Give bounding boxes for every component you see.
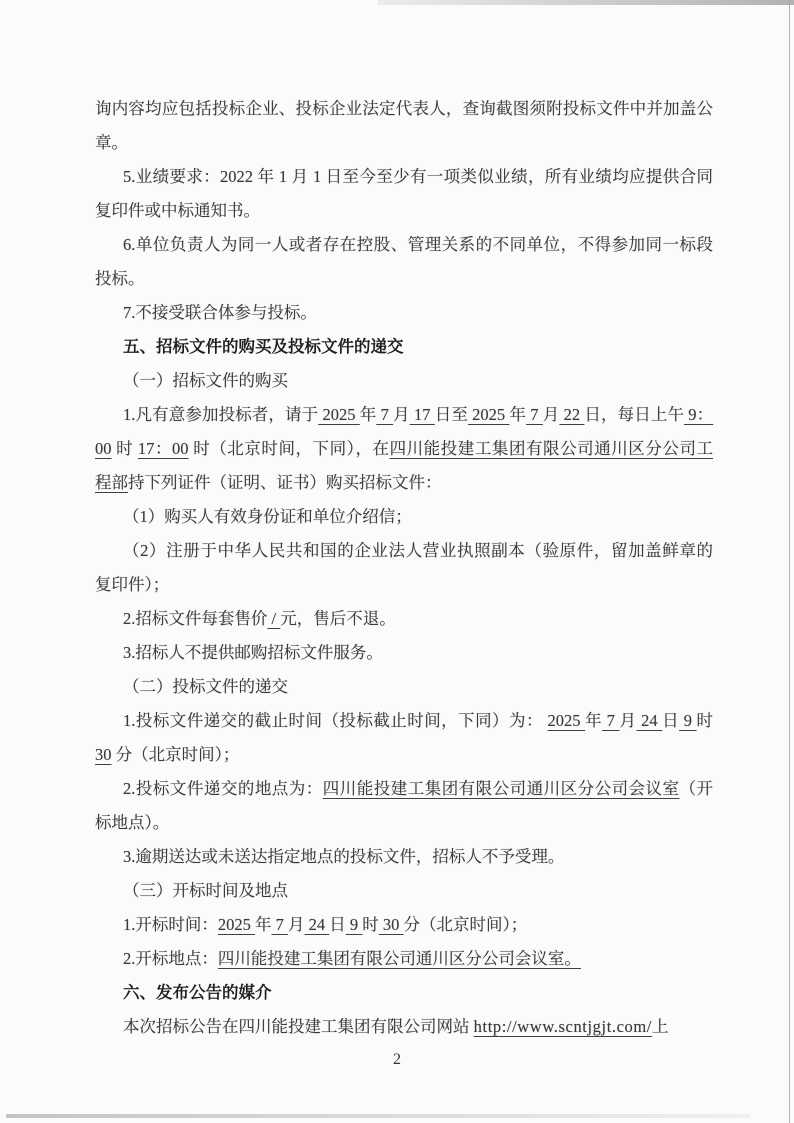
text-line: 2.开标地点：四川能投建工集团有限公司通川区分公司会议室。 [95,942,713,976]
para-no-mail-order: 3.招标人不提供邮购招标文件服务。 [95,636,713,670]
text-line: （三）开标时间及地点 [95,874,713,908]
para-purchase-item-1: （1）购买人有效身份证和单位介绍信； [95,500,713,534]
para-purchase-time-place: 1.凡有意参加投标者，请于 2025 年 7 月 17 日至 2025 年 7 … [95,398,713,500]
underlined-text: 7 [272,915,289,934]
underlined-text: 9： [684,405,713,424]
para-submission-deadline: 1.投标文件递交的截止时间（投标截止时间，下同）为： 2025 年 7 月 24… [95,704,713,772]
underlined-text: 程部 [95,473,128,492]
text-line: （二）投标文件的递交 [95,670,713,704]
text-segment: 询内容均应包括投标企业、投标企业法定代表人，查询截图须附投标文件中并加盖公 [95,99,713,118]
text-segment: 1.凡有意参加投标者，请于 [123,405,318,424]
underlined-text: 00 [95,439,112,458]
para-6-same-legal-person: 6.单位负责人为同一人或者存在控股、管理关系的不同单位，不得参加同一标段投标。 [95,228,713,296]
document-body: 询内容均应包括投标企业、投标企业法定代表人，查询截图须附投标文件中并加盖公章。5… [95,92,713,1044]
para-opening-time: 1.开标时间：2025 年 7 月 24 日 9 时 30 分（北京时间）； [95,908,713,942]
subheading-5-2-submission: （二）投标文件的递交 [95,670,713,704]
text-line: 询内容均应包括投标企业、投标企业法定代表人，查询截图须附投标文件中并加盖公 [95,92,713,126]
text-segment: 月 [393,405,410,424]
text-segment: 7.不接受联合体参与投标。 [123,303,317,322]
text-line: 程部持下列证件（证明、证书）购买招标文件： [95,466,713,500]
text-line: 1.开标时间：2025 年 7 月 24 日 9 时 30 分（北京时间）； [95,908,713,942]
text-segment: 复印件）； [95,575,169,594]
text-segment: 年 [509,405,526,424]
text-line: （一）招标文件的购买 [95,364,713,398]
text-line: 标地点）。 [95,806,713,840]
text-segment: （三）开标时间及地点 [123,881,288,900]
text-segment: （开 [680,779,714,798]
page-number: 2 [0,1048,794,1072]
text-line: 00 时 17：00 时（北京时间，下同），在四川能投建工集团有限公司通川区分公… [95,432,713,466]
text-segment: 持下列证件（证明、证书）购买招标文件： [128,473,442,492]
text-line: 2.投标文件递交的地点为：四川能投建工集团有限公司通川区分公司会议室（开 [95,772,713,806]
underlined-text: / [267,609,280,628]
text-segment: （1）购买人有效身份证和单位介绍信； [123,507,412,526]
underlined-text: 四川能投建工集团有限公司通川区分公司工 [390,439,713,458]
para-7-no-consortium: 7.不接受联合体参与投标。 [95,296,713,330]
heading-section-5: 五、招标文件的购买及投标文件的递交 [95,330,713,364]
underlined-text: 四川能投建工集团有限公司通川区分公司会议室 [323,779,680,798]
text-segment: 标地点）。 [95,813,169,832]
text-line: （2）注册于中华人民共和国的企业法人营业执照副本（验原件，留加盖鲜章的 [95,534,713,568]
underlined-text: 17：00 [138,439,189,458]
subheading-5-3-bid-opening: （三）开标时间及地点 [95,874,713,908]
underlined-text: 2025 [318,405,359,424]
para-submission-place: 2.投标文件递交的地点为：四川能投建工集团有限公司通川区分公司会议室（开标地点）… [95,772,713,840]
underlined-text: 7 [526,405,543,424]
heading-section-6: 六、发布公告的媒介 [95,976,713,1010]
underlined-text: 17 [410,405,435,424]
text-line: 30 分（北京时间）； [95,738,713,772]
text-segment: 1.开标时间： [123,915,218,934]
text-segment: 章。 [95,133,128,152]
url-text: http://www.scntjgjt.com/ [474,1017,652,1036]
underlined-text: 2025 [468,405,509,424]
text-segment: 6.单位负责人为同一人或者存在控股、管理关系的不同单位，不得参加同一标段 [123,235,713,254]
text-segment: 月 [288,915,305,934]
text-line: 3.招标人不提供邮购招标文件服务。 [95,636,713,670]
underlined-text: 30 [379,915,404,934]
text-segment: 日 [662,711,679,730]
underlined-text: 24 [305,915,330,934]
text-line: 5.业绩要求：2022 年 1 月 1 日至今至少有一项类似业绩，所有业绩均应提… [95,160,713,194]
underlined-text: 7 [376,405,393,424]
text-line: 2.招标文件每套售价 / 元，售后不退。 [95,602,713,636]
text-segment: 2.招标文件每套售价 [123,609,267,628]
text-segment: 分（北京时间）； [404,915,528,934]
underlined-text: 30 [95,745,112,764]
text-segment: （二）投标文件的递交 [123,677,288,696]
para-purchase-item-2: （2）注册于中华人民共和国的企业法人营业执照副本（验原件，留加盖鲜章的复印件）； [95,534,713,602]
text-segment: 5.业绩要求：2022 年 1 月 1 日至今至少有一项类似业绩，所有业绩均应提… [123,167,713,186]
text-line: 章。 [95,126,713,160]
text-line: （1）购买人有效身份证和单位介绍信； [95,500,713,534]
text-segment: 元，售后不退。 [280,609,396,628]
text-segment: 年 [255,915,272,934]
text-segment: 月 [543,405,560,424]
text-segment: 日至 [435,405,468,424]
underlined-text: 四川能投建工集团有限公司通川区分公司会议室。 [218,949,581,968]
scan-smudge-bottom [6,1114,750,1118]
text-segment: 日 [329,915,346,934]
text-segment: 六、发布公告的媒介 [123,984,272,1002]
text-segment: 3.招标人不提供邮购招标文件服务。 [123,643,383,662]
underlined-text: 22 [559,405,584,424]
text-line: 复印件）； [95,568,713,602]
text-line: 六、发布公告的媒介 [95,976,713,1010]
text-segment: 五、招标文件的购买及投标文件的递交 [123,338,404,356]
text-segment: 年 [585,711,602,730]
text-segment: 时 [697,711,714,730]
scan-smudge-top [378,0,794,5]
text-line: 五、招标文件的购买及投标文件的递交 [95,330,713,364]
text-segment: 2.投标文件递交的地点为： [123,779,323,798]
text-line: 1.凡有意参加投标者，请于 2025 年 7 月 17 日至 2025 年 7 … [95,398,713,432]
para-opening-place: 2.开标地点：四川能投建工集团有限公司通川区分公司会议室。 [95,942,713,976]
para-late-delivery-rejected: 3.逾期送达或未送达指定地点的投标文件，招标人不予受理。 [95,840,713,874]
text-line: 本次招标公告在四川能投建工集团有限公司网站 http://www.scntjgj… [95,1010,713,1044]
text-line: 3.逾期送达或未送达指定地点的投标文件，招标人不予受理。 [95,840,713,874]
text-segment: 分（北京时间）； [112,745,240,764]
text-segment: （2）注册于中华人民共和国的企业法人营业执照副本（验原件，留加盖鲜章的 [123,541,713,560]
underlined-text: 2025 [218,915,255,934]
text-segment: 1.投标文件递交的截止时间（投标截止时间，下同）为： [123,711,547,730]
text-segment: （一）招标文件的购买 [123,371,288,390]
text-segment: 时 [112,439,138,458]
text-segment: 3.逾期送达或未送达指定地点的投标文件，招标人不予受理。 [123,847,564,866]
para-announcement-media: 本次招标公告在四川能投建工集团有限公司网站 http://www.scntjgj… [95,1010,713,1044]
text-line: 7.不接受联合体参与投标。 [95,296,713,330]
scan-edge-right [789,0,790,1123]
text-line: 6.单位负责人为同一人或者存在控股、管理关系的不同单位，不得参加同一标段 [95,228,713,262]
underlined-text: 9 [679,711,696,730]
text-segment: 上 [652,1017,669,1036]
text-line: 复印件或中标通知书。 [95,194,713,228]
underlined-text: 2025 [548,711,586,730]
text-segment: 年 [360,405,377,424]
scanned-page: 询内容均应包括投标企业、投标企业法定代表人，查询截图须附投标文件中并加盖公章。5… [0,0,794,1123]
para-document-price: 2.招标文件每套售价 / 元，售后不退。 [95,602,713,636]
text-segment: 本次招标公告在四川能投建工集团有限公司网站 [123,1017,474,1036]
text-line: 1.投标文件递交的截止时间（投标截止时间，下同）为： 2025 年 7 月 24… [95,704,713,738]
subheading-5-1-purchase: （一）招标文件的购买 [95,364,713,398]
text-segment: 投标。 [95,269,145,288]
text-segment: 2.开标地点： [123,949,218,968]
para-5-performance-requirement: 5.业绩要求：2022 年 1 月 1 日至今至少有一项类似业绩，所有业绩均应提… [95,160,713,228]
para-continuation-seal: 询内容均应包括投标企业、投标企业法定代表人，查询截图须附投标文件中并加盖公章。 [95,92,713,160]
text-segment: 复印件或中标通知书。 [95,201,260,220]
text-line: 投标。 [95,262,713,296]
text-segment: 时 [362,915,379,934]
underlined-text: 7 [602,711,619,730]
text-segment: 时（北京时间，下同），在 [189,439,390,458]
underlined-text: 24 [636,711,662,730]
text-segment: 月 [620,711,637,730]
underlined-text: 9 [346,915,363,934]
text-segment: 日，每日上午 [584,405,684,424]
